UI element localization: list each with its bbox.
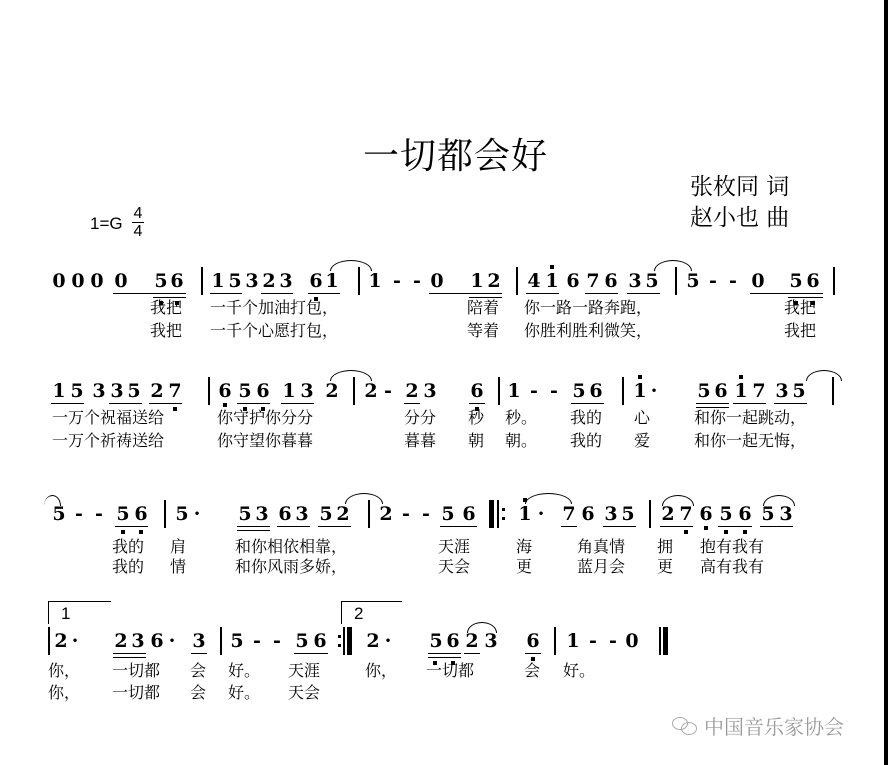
note: 6 — [699, 503, 713, 525]
volta-1: 1 — [48, 601, 111, 624]
note: 3 — [279, 270, 293, 292]
lyric: 一万个祝福送给 — [52, 408, 164, 428]
lyric: 一切都 — [112, 683, 160, 703]
lyric: 我把 — [784, 298, 816, 318]
barline — [832, 377, 834, 405]
note: 5 — [52, 503, 66, 525]
note: 0 — [114, 270, 128, 292]
lyric: 天会 — [438, 557, 470, 577]
note: 6 — [589, 380, 603, 402]
note: 5 — [319, 503, 333, 525]
lyric: 天涯 — [438, 537, 470, 557]
note: · — [534, 503, 548, 525]
note: 0 — [625, 630, 639, 652]
note: 5 — [572, 380, 586, 402]
lyric: 你守望你暮暮 — [217, 431, 313, 451]
lyric: 情 — [170, 557, 186, 577]
note: 2 — [262, 270, 276, 292]
note: 0 — [71, 270, 85, 292]
note: 2 — [54, 630, 68, 652]
lyric: 秒。 — [505, 408, 537, 428]
note: 0 — [430, 270, 444, 292]
note: 4 — [527, 270, 541, 292]
lyric: 和你一起无悔， — [694, 431, 806, 451]
credits: 张枚同 词 赵小也 曲 — [690, 172, 789, 234]
final-barline — [659, 627, 661, 655]
note: 1 — [368, 270, 382, 292]
lyric: 你胜利胜利微笑， — [524, 321, 652, 341]
note: 2 — [364, 380, 378, 402]
barline — [833, 267, 835, 295]
note: · — [381, 630, 395, 652]
note: 2 — [661, 503, 675, 525]
note: 5 — [230, 630, 244, 652]
lyric: 肩 — [170, 537, 186, 557]
note: 6 — [150, 630, 164, 652]
lyric: 我把 — [150, 298, 182, 318]
repeat-end-barline — [347, 627, 352, 655]
lyric: 你守护你分分 — [217, 408, 313, 428]
barline — [220, 627, 222, 655]
lyric: 我把 — [150, 321, 182, 341]
note: 2 — [379, 503, 393, 525]
note: - — [250, 630, 264, 652]
note: 5 — [645, 270, 659, 292]
lyric: 天涯 — [288, 661, 320, 681]
lyric: 你， — [365, 661, 397, 681]
lyric: 朝。 — [505, 431, 537, 451]
note: 1 — [52, 380, 66, 402]
note: 0 — [52, 270, 66, 292]
lyricist-credit: 张枚同 词 — [690, 172, 789, 203]
note: 6 — [170, 270, 184, 292]
barline — [353, 377, 355, 405]
lyric: 角真情 — [577, 537, 625, 557]
note: 2 — [150, 380, 164, 402]
note: 5 — [70, 380, 84, 402]
lyric: 我的 — [112, 557, 144, 577]
note: 1 — [633, 380, 647, 402]
lyric: 我把 — [784, 321, 816, 341]
note: 5 — [154, 270, 168, 292]
note: 6 — [309, 270, 323, 292]
note: 3 — [245, 270, 259, 292]
note: 2 — [336, 503, 350, 525]
note: 0 — [90, 270, 104, 292]
note: 5 — [697, 380, 711, 402]
note: - — [381, 380, 395, 402]
note: 5 — [686, 270, 700, 292]
time-signature: 4 4 — [132, 206, 144, 239]
note: 1 — [507, 380, 521, 402]
note: 3 — [604, 503, 618, 525]
note: 6 — [134, 503, 148, 525]
note: 7 — [586, 270, 600, 292]
lyric: 好。 — [228, 683, 260, 703]
lyric: 一千个心愿打包， — [210, 321, 338, 341]
note: 3 — [628, 270, 642, 292]
composer-credit: 赵小也 曲 — [690, 203, 789, 234]
lyric: 蓝月会 — [577, 557, 625, 577]
note: 6 — [714, 380, 728, 402]
barline — [164, 500, 166, 528]
barline — [208, 377, 210, 405]
note: 1 — [734, 380, 748, 402]
lyric: 高有我有 — [700, 557, 764, 577]
note: - — [270, 630, 284, 652]
note: · — [190, 503, 204, 525]
lyric: 秒 — [468, 408, 484, 428]
lyric: 你， — [48, 683, 80, 703]
note: 5 — [238, 380, 252, 402]
lyric: 和你一起跳动， — [694, 408, 806, 428]
lyric: 拥 — [657, 537, 673, 557]
lyric: 更 — [516, 557, 532, 577]
note: 5 — [621, 503, 635, 525]
note: - — [419, 503, 433, 525]
lyric: 天会 — [288, 683, 320, 703]
lyric: 心 — [634, 408, 650, 428]
note: 6 — [526, 630, 540, 652]
note: 2 — [405, 380, 419, 402]
note: 2 — [325, 380, 339, 402]
note: 3 — [423, 380, 437, 402]
note: 5 — [295, 630, 309, 652]
note: 5 — [116, 503, 130, 525]
lyric: 陪着 — [467, 298, 499, 318]
note: 7 — [679, 503, 693, 525]
lyric: 会 — [190, 661, 206, 681]
note: 3 — [131, 630, 145, 652]
lyric: 和你风雨多娇， — [235, 557, 347, 577]
note: - — [410, 270, 424, 292]
note: 3 — [775, 380, 789, 402]
lyric: 抱有我有 — [700, 537, 764, 557]
note: 1 — [566, 630, 580, 652]
note: 6 — [604, 270, 618, 292]
note: 5 — [228, 270, 242, 292]
barline — [622, 377, 624, 405]
note: 2 — [366, 630, 380, 652]
lyric: 我的 — [570, 408, 602, 428]
note: 3 — [192, 630, 206, 652]
note: 6 — [806, 270, 820, 292]
lyric: 一万个祈祷送给 — [52, 431, 164, 451]
song-title: 一切都会好 — [363, 128, 548, 179]
note: 5 — [127, 380, 141, 402]
note: 2 — [465, 630, 479, 652]
lyric: 我的 — [112, 537, 144, 557]
note: 3 — [110, 380, 124, 402]
note: - — [586, 630, 600, 652]
note: 5 — [719, 503, 733, 525]
lyric: 暮暮 — [404, 431, 436, 451]
note: - — [72, 503, 86, 525]
note: 5 — [238, 503, 252, 525]
lyric: 我的 — [570, 431, 602, 451]
barline — [649, 500, 651, 528]
note: 1 — [518, 503, 532, 525]
note: - — [606, 630, 620, 652]
final-barline-thick — [663, 627, 668, 655]
note: 3 — [92, 380, 106, 402]
lyric: 更 — [657, 557, 673, 577]
barline — [358, 267, 360, 295]
note: 6 — [446, 630, 460, 652]
note: 6 — [256, 380, 270, 402]
note: 3 — [255, 503, 269, 525]
barline — [368, 500, 370, 528]
note: · — [165, 630, 179, 652]
lyric: 好。 — [228, 661, 260, 681]
note: · — [68, 630, 82, 652]
barline — [675, 267, 677, 295]
lyric: 会 — [190, 683, 206, 703]
note: 6 — [738, 503, 752, 525]
note: 5 — [441, 503, 455, 525]
note: - — [547, 380, 561, 402]
note: 5 — [175, 503, 189, 525]
note: 0 — [751, 270, 765, 292]
note: - — [726, 270, 740, 292]
note: 1 — [325, 270, 339, 292]
note: 2 — [487, 270, 501, 292]
note: 6 — [470, 380, 484, 402]
lyric: 好。 — [563, 661, 595, 681]
barline — [201, 267, 203, 295]
right-border-strip — [884, 0, 888, 765]
note: - — [390, 270, 404, 292]
lyric: 爱 — [634, 431, 650, 451]
lyric: 你一路一路奔跑， — [524, 298, 652, 318]
note: 6 — [566, 270, 580, 292]
note: 2 — [114, 630, 128, 652]
note: 3 — [300, 380, 314, 402]
lyric: 会 — [524, 661, 540, 681]
note: 7 — [562, 503, 576, 525]
note: - — [399, 503, 413, 525]
note: 5 — [429, 630, 443, 652]
note: 7 — [752, 380, 766, 402]
lyric: 等着 — [467, 321, 499, 341]
note: 3 — [779, 503, 793, 525]
note: 3 — [484, 630, 498, 652]
note: 6 — [581, 503, 595, 525]
lyric: 和你相依相靠， — [235, 537, 347, 557]
note: 1 — [545, 270, 559, 292]
key-signature: 1=G — [90, 214, 123, 234]
volta-2: 2 — [341, 601, 402, 624]
lyric: 一切都 — [112, 661, 160, 681]
barline — [516, 267, 518, 295]
repeat-start-barline — [489, 500, 494, 528]
note: · — [647, 380, 661, 402]
note: 1 — [211, 270, 225, 292]
note: 6 — [218, 380, 232, 402]
barline — [554, 627, 556, 655]
lyric: 一千个加油打包， — [210, 298, 338, 318]
note: 6 — [462, 503, 476, 525]
watermark: 中国音乐家协会 — [672, 711, 844, 740]
note: 5 — [789, 270, 803, 292]
note: 3 — [295, 503, 309, 525]
wechat-icon — [672, 717, 698, 735]
barline — [498, 377, 500, 405]
note: 7 — [168, 380, 182, 402]
lyric: 朝 — [468, 431, 484, 451]
note: 5 — [792, 380, 806, 402]
note: 6 — [313, 630, 327, 652]
lyric: 分分 — [404, 408, 436, 428]
note: 1 — [470, 270, 484, 292]
note: - — [92, 503, 106, 525]
note: - — [706, 270, 720, 292]
note: - — [527, 380, 541, 402]
watermark-text: 中国音乐家协会 — [704, 711, 844, 740]
note: 5 — [761, 503, 775, 525]
lyric: 你， — [48, 661, 80, 681]
note: 6 — [278, 503, 292, 525]
lyric: 一切都 — [426, 661, 474, 681]
note: 1 — [282, 380, 296, 402]
lyric: 海 — [516, 537, 532, 557]
